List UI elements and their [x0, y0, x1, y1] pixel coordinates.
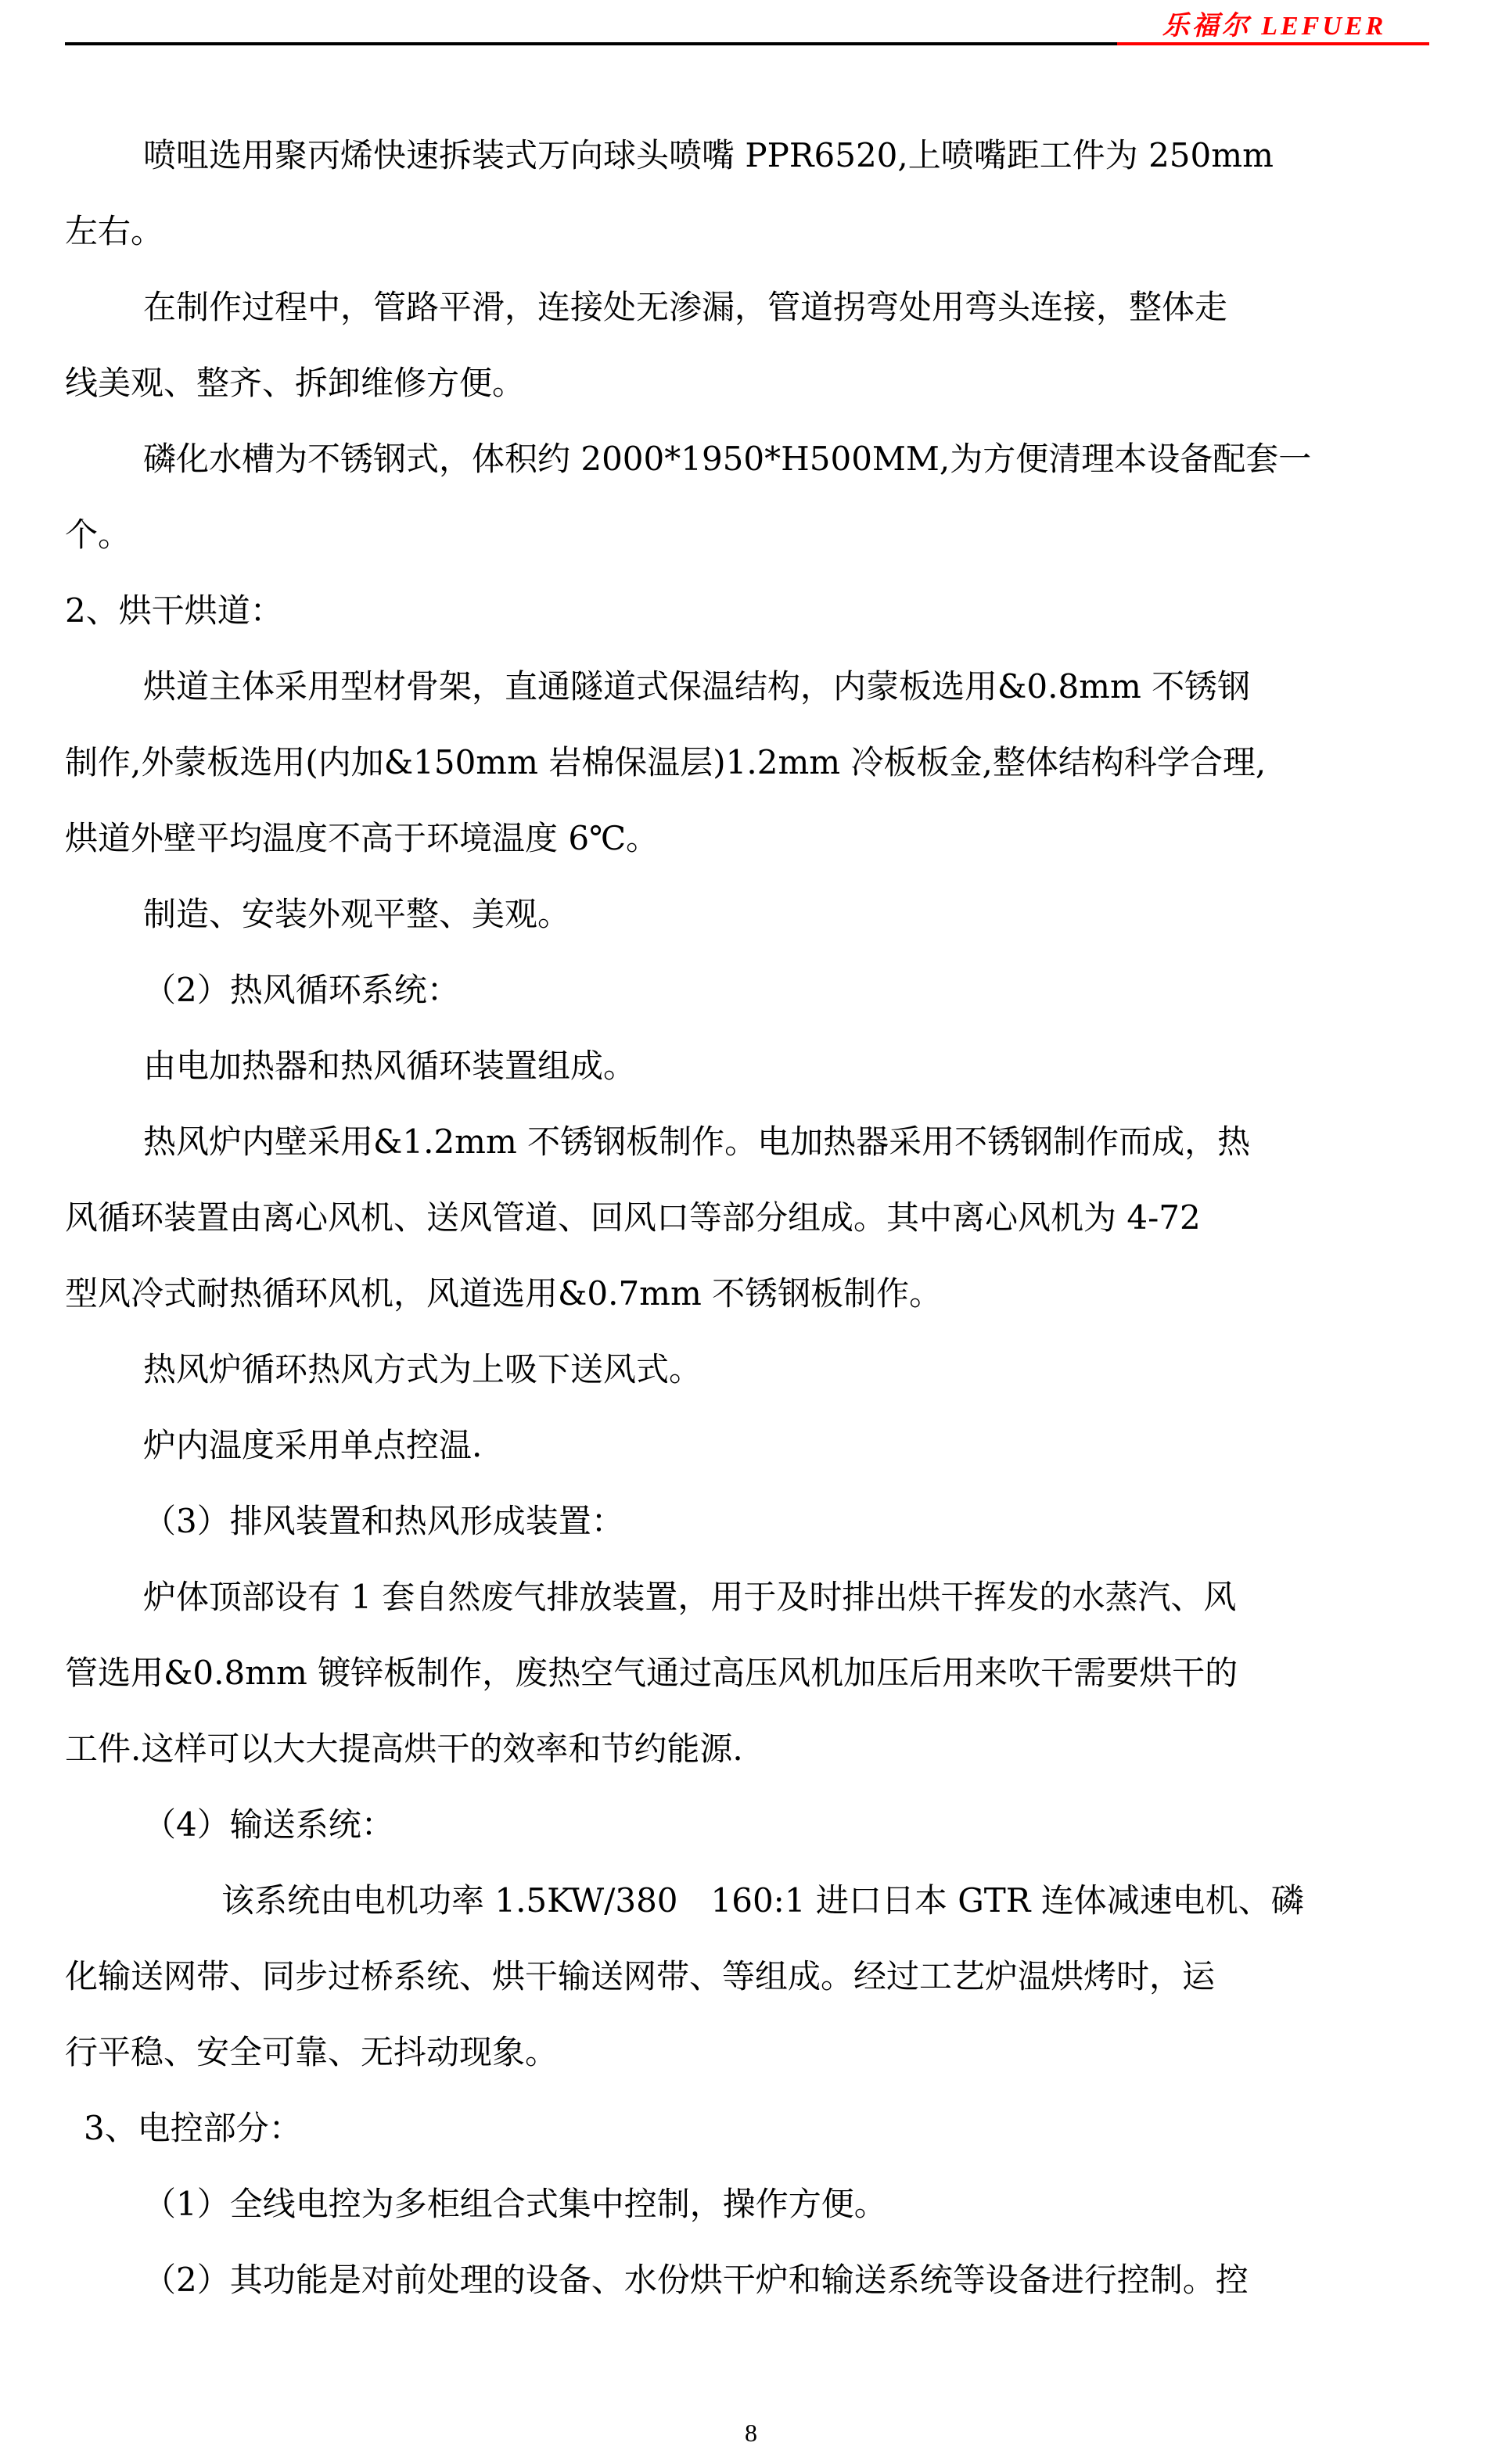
subheading-hot-air-circulation: （2）热风循环系统：	[65, 952, 1429, 1028]
text-line: 制作,外蒙板选用(内加&150mm 岩棉保温层)1.2mm 冷板板金,整体结构科…	[65, 724, 1429, 800]
text-line: 磷化水槽为不锈钢式，体积约 2000*1950*H500MM,为方便清理本设备配…	[65, 421, 1429, 497]
paragraph-furnace-wall: 热风炉内壁采用&1.2mm 不锈钢板制作。电加热器采用不锈钢制作而成，热 风循环…	[65, 1104, 1429, 1331]
text-line: 该系统由电机功率 1.5KW/380 160:1 进口日本 GTR 连体减速电机…	[65, 1862, 1429, 1938]
heading-text: 3、电控部分：	[65, 2090, 1429, 2166]
text-line: 烘道外壁平均温度不高于环境温度 6℃。	[65, 800, 1429, 876]
paragraph-air-mode: 热风炉循环热风方式为上吸下送风式。	[65, 1331, 1429, 1407]
heading-text: （4）输送系统：	[65, 1787, 1429, 1862]
text-line: 型风冷式耐热循环风机，风道选用&0.7mm 不锈钢板制作。	[65, 1255, 1429, 1331]
text-line: 化输送网带、同步过桥系统、烘干输送网带、等组成。经过工艺炉温烘烤时，运	[65, 1938, 1429, 2014]
heading-text: （3）排风装置和热风形成装置：	[65, 1483, 1429, 1559]
section-heading-drying-tunnel: 2、烘干烘道：	[65, 573, 1429, 648]
text-line: 热风炉循环热风方式为上吸下送风式。	[65, 1331, 1429, 1407]
section-heading-electrical-control: 3、电控部分：	[65, 2090, 1429, 2166]
heading-text: 2、烘干烘道：	[65, 573, 1429, 648]
paragraph-control-1: （1）全线电控为多柜组合式集中控制，操作方便。	[65, 2166, 1429, 2242]
paragraph-nozzle: 喷咀选用聚丙烯快速拆装式万向球头喷嘴 PPR6520,上喷嘴距工件为 250mm…	[65, 117, 1429, 269]
brand-logo-text: 乐福尔 LEFUER	[1133, 11, 1416, 42]
text-line: 左右。	[65, 193, 1429, 269]
paragraph-phosphating-tank: 磷化水槽为不锈钢式，体积约 2000*1950*H500MM,为方便清理本设备配…	[65, 421, 1429, 573]
text-line: 在制作过程中，管路平滑，连接处无渗漏，管道拐弯处用弯头连接，整体走	[65, 269, 1429, 345]
text-line: 热风炉内壁采用&1.2mm 不锈钢板制作。电加热器采用不锈钢制作而成，热	[65, 1104, 1429, 1180]
document-body: 喷咀选用聚丙烯快速拆装式万向球头喷嘴 PPR6520,上喷嘴距工件为 250mm…	[65, 117, 1429, 2318]
paragraph-tunnel-structure: 烘道主体采用型材骨架，直通隧道式保温结构，内蒙板选用&0.8mm 不锈钢 制作,…	[65, 648, 1429, 876]
paragraph-exhaust-device: 炉体顶部设有 1 套自然废气排放装置，用于及时排出烘干挥发的水蒸汽、风 管选用&…	[65, 1559, 1429, 1787]
text-line: 炉体顶部设有 1 套自然废气排放装置，用于及时排出烘干挥发的水蒸汽、风	[65, 1559, 1429, 1635]
paragraph-temp-control: 炉内温度采用单点控温.	[65, 1407, 1429, 1483]
paragraph-conveyor-system: 该系统由电机功率 1.5KW/380 160:1 进口日本 GTR 连体减速电机…	[65, 1862, 1429, 2090]
text-line: 风循环装置由离心风机、送风管道、回风口等部分组成。其中离心风机为 4-72	[65, 1180, 1429, 1255]
paragraph-control-2: （2）其功能是对前处理的设备、水份烘干炉和输送系统等设备进行控制。控	[65, 2242, 1429, 2318]
heading-text: （2）热风循环系统：	[65, 952, 1429, 1028]
paragraph-piping: 在制作过程中，管路平滑，连接处无渗漏，管道拐弯处用弯头连接，整体走 线美观、整齐…	[65, 269, 1429, 421]
text-line: 线美观、整齐、拆卸维修方便。	[65, 345, 1429, 421]
header-rule-red	[1117, 42, 1429, 45]
subheading-conveyor: （4）输送系统：	[65, 1787, 1429, 1862]
subheading-exhaust: （3）排风装置和热风形成装置：	[65, 1483, 1429, 1559]
text-line: 管选用&0.8mm 镀锌板制作，废热空气通过高压风机加压后用来吹干需要烘干的	[65, 1635, 1429, 1711]
text-line: 喷咀选用聚丙烯快速拆装式万向球头喷嘴 PPR6520,上喷嘴距工件为 250mm	[65, 117, 1429, 193]
text-line: 工件.这样可以大大提高烘干的效率和节约能源.	[65, 1711, 1429, 1787]
text-line: （2）其功能是对前处理的设备、水份烘干炉和输送系统等设备进行控制。控	[65, 2242, 1429, 2318]
text-line: 制造、安装外观平整、美观。	[65, 876, 1429, 952]
page-number: 8	[0, 2419, 1502, 2448]
paragraph-composition: 由电加热器和热风循环装置组成。	[65, 1028, 1429, 1104]
text-line: 由电加热器和热风循环装置组成。	[65, 1028, 1429, 1104]
text-line: 行平稳、安全可靠、无抖动现象。	[65, 2014, 1429, 2090]
paragraph-appearance: 制造、安装外观平整、美观。	[65, 876, 1429, 952]
text-line: 烘道主体采用型材骨架，直通隧道式保温结构，内蒙板选用&0.8mm 不锈钢	[65, 648, 1429, 724]
text-line: （1）全线电控为多柜组合式集中控制，操作方便。	[65, 2166, 1429, 2242]
text-line: 个。	[65, 497, 1429, 573]
text-line: 炉内温度采用单点控温.	[65, 1407, 1429, 1483]
header-rule-black	[65, 42, 1117, 45]
